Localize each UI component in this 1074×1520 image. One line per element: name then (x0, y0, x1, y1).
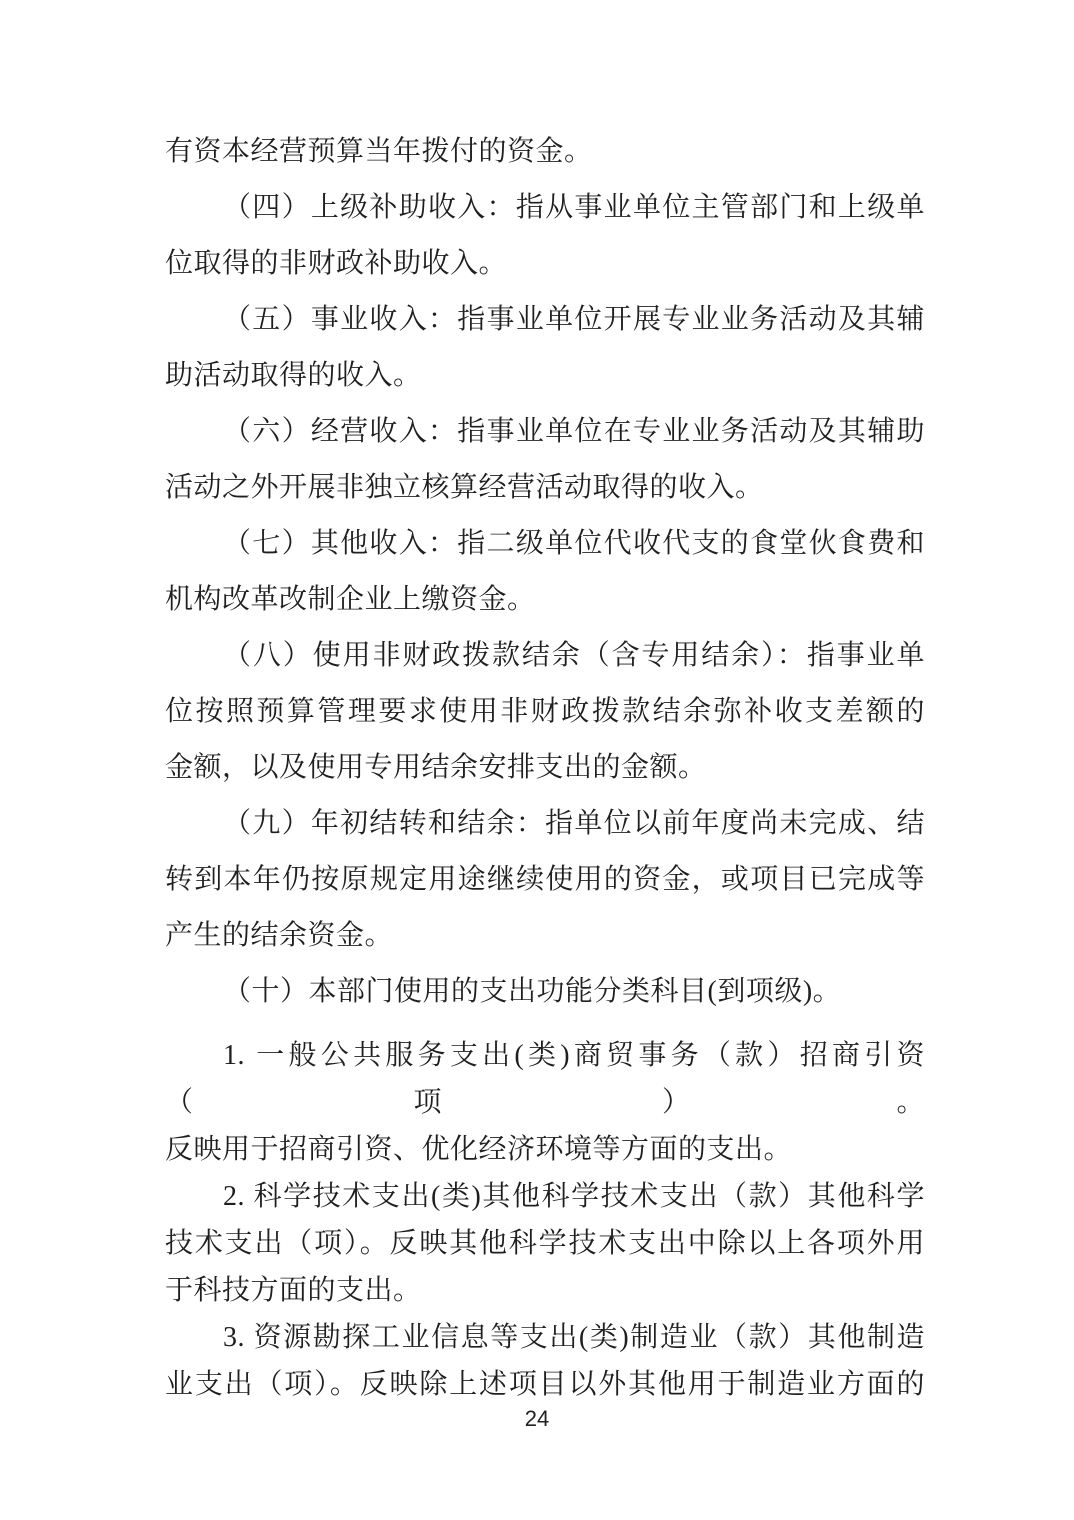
body-line: 于科技方面的支出。 (165, 1267, 925, 1314)
body-line: 有资本经营预算当年拨付的资金。 (165, 124, 925, 180)
body-line: 位取得的非财政补助收入。 (165, 236, 925, 292)
body-line: （七）其他收入：指二级单位代收代支的食堂伙食费和 (165, 516, 925, 572)
body-line: 业支出（项）。反映除上述项目以外其他用于制造业方面的 (165, 1361, 925, 1408)
body-line: 位按照预算管理要求使用非财政拨款结余弥补收支差额的 (165, 684, 925, 740)
body-line: 1. 一般公共服务支出(类)商贸事务（款）招商引资（项）。 (165, 1032, 925, 1126)
body-line: （九）年初结转和结余：指单位以前年度尚未完成、结 (165, 796, 925, 852)
body-line: （四）上级补助收入：指从事业单位主管部门和上级单 (165, 180, 925, 236)
body-line: 金额，以及使用专用结余安排支出的金额。 (165, 740, 925, 796)
body-line: （八）使用非财政拨款结余（含专用结余）：指事业单 (165, 628, 925, 684)
body-line: 助活动取得的收入。 (165, 348, 925, 404)
body-line: 2. 科学技术支出(类)其他科学技术支出（款）其他科学 (165, 1173, 925, 1220)
body-line: 技术支出（项）。反映其他科学技术支出中除以上各项外用 (165, 1220, 925, 1267)
document-body: 有资本经营预算当年拨付的资金。 （四）上级补助收入：指从事业单位主管部门和上级单… (165, 124, 925, 1408)
body-line: （六）经营收入：指事业单位在专业业务活动及其辅助 (165, 404, 925, 460)
body-line: 反映用于招商引资、优化经济环境等方面的支出。 (165, 1126, 925, 1173)
body-line: （五）事业收入：指事业单位开展专业业务活动及其辅 (165, 292, 925, 348)
body-line: 机构改革改制企业上缴资金。 (165, 572, 925, 628)
document-page: 有资本经营预算当年拨付的资金。 （四）上级补助收入：指从事业单位主管部门和上级单… (0, 0, 1074, 1520)
page-number: 24 (0, 1406, 1074, 1432)
body-line: （十）本部门使用的支出功能分类科目(到项级)。 (165, 964, 925, 1020)
body-line: 3. 资源勘探工业信息等支出(类)制造业（款）其他制造 (165, 1314, 925, 1361)
body-line: 活动之外开展非独立核算经营活动取得的收入。 (165, 460, 925, 516)
body-line: 产生的结余资金。 (165, 908, 925, 964)
body-line: 转到本年仍按原规定用途继续使用的资金，或项目已完成等 (165, 852, 925, 908)
